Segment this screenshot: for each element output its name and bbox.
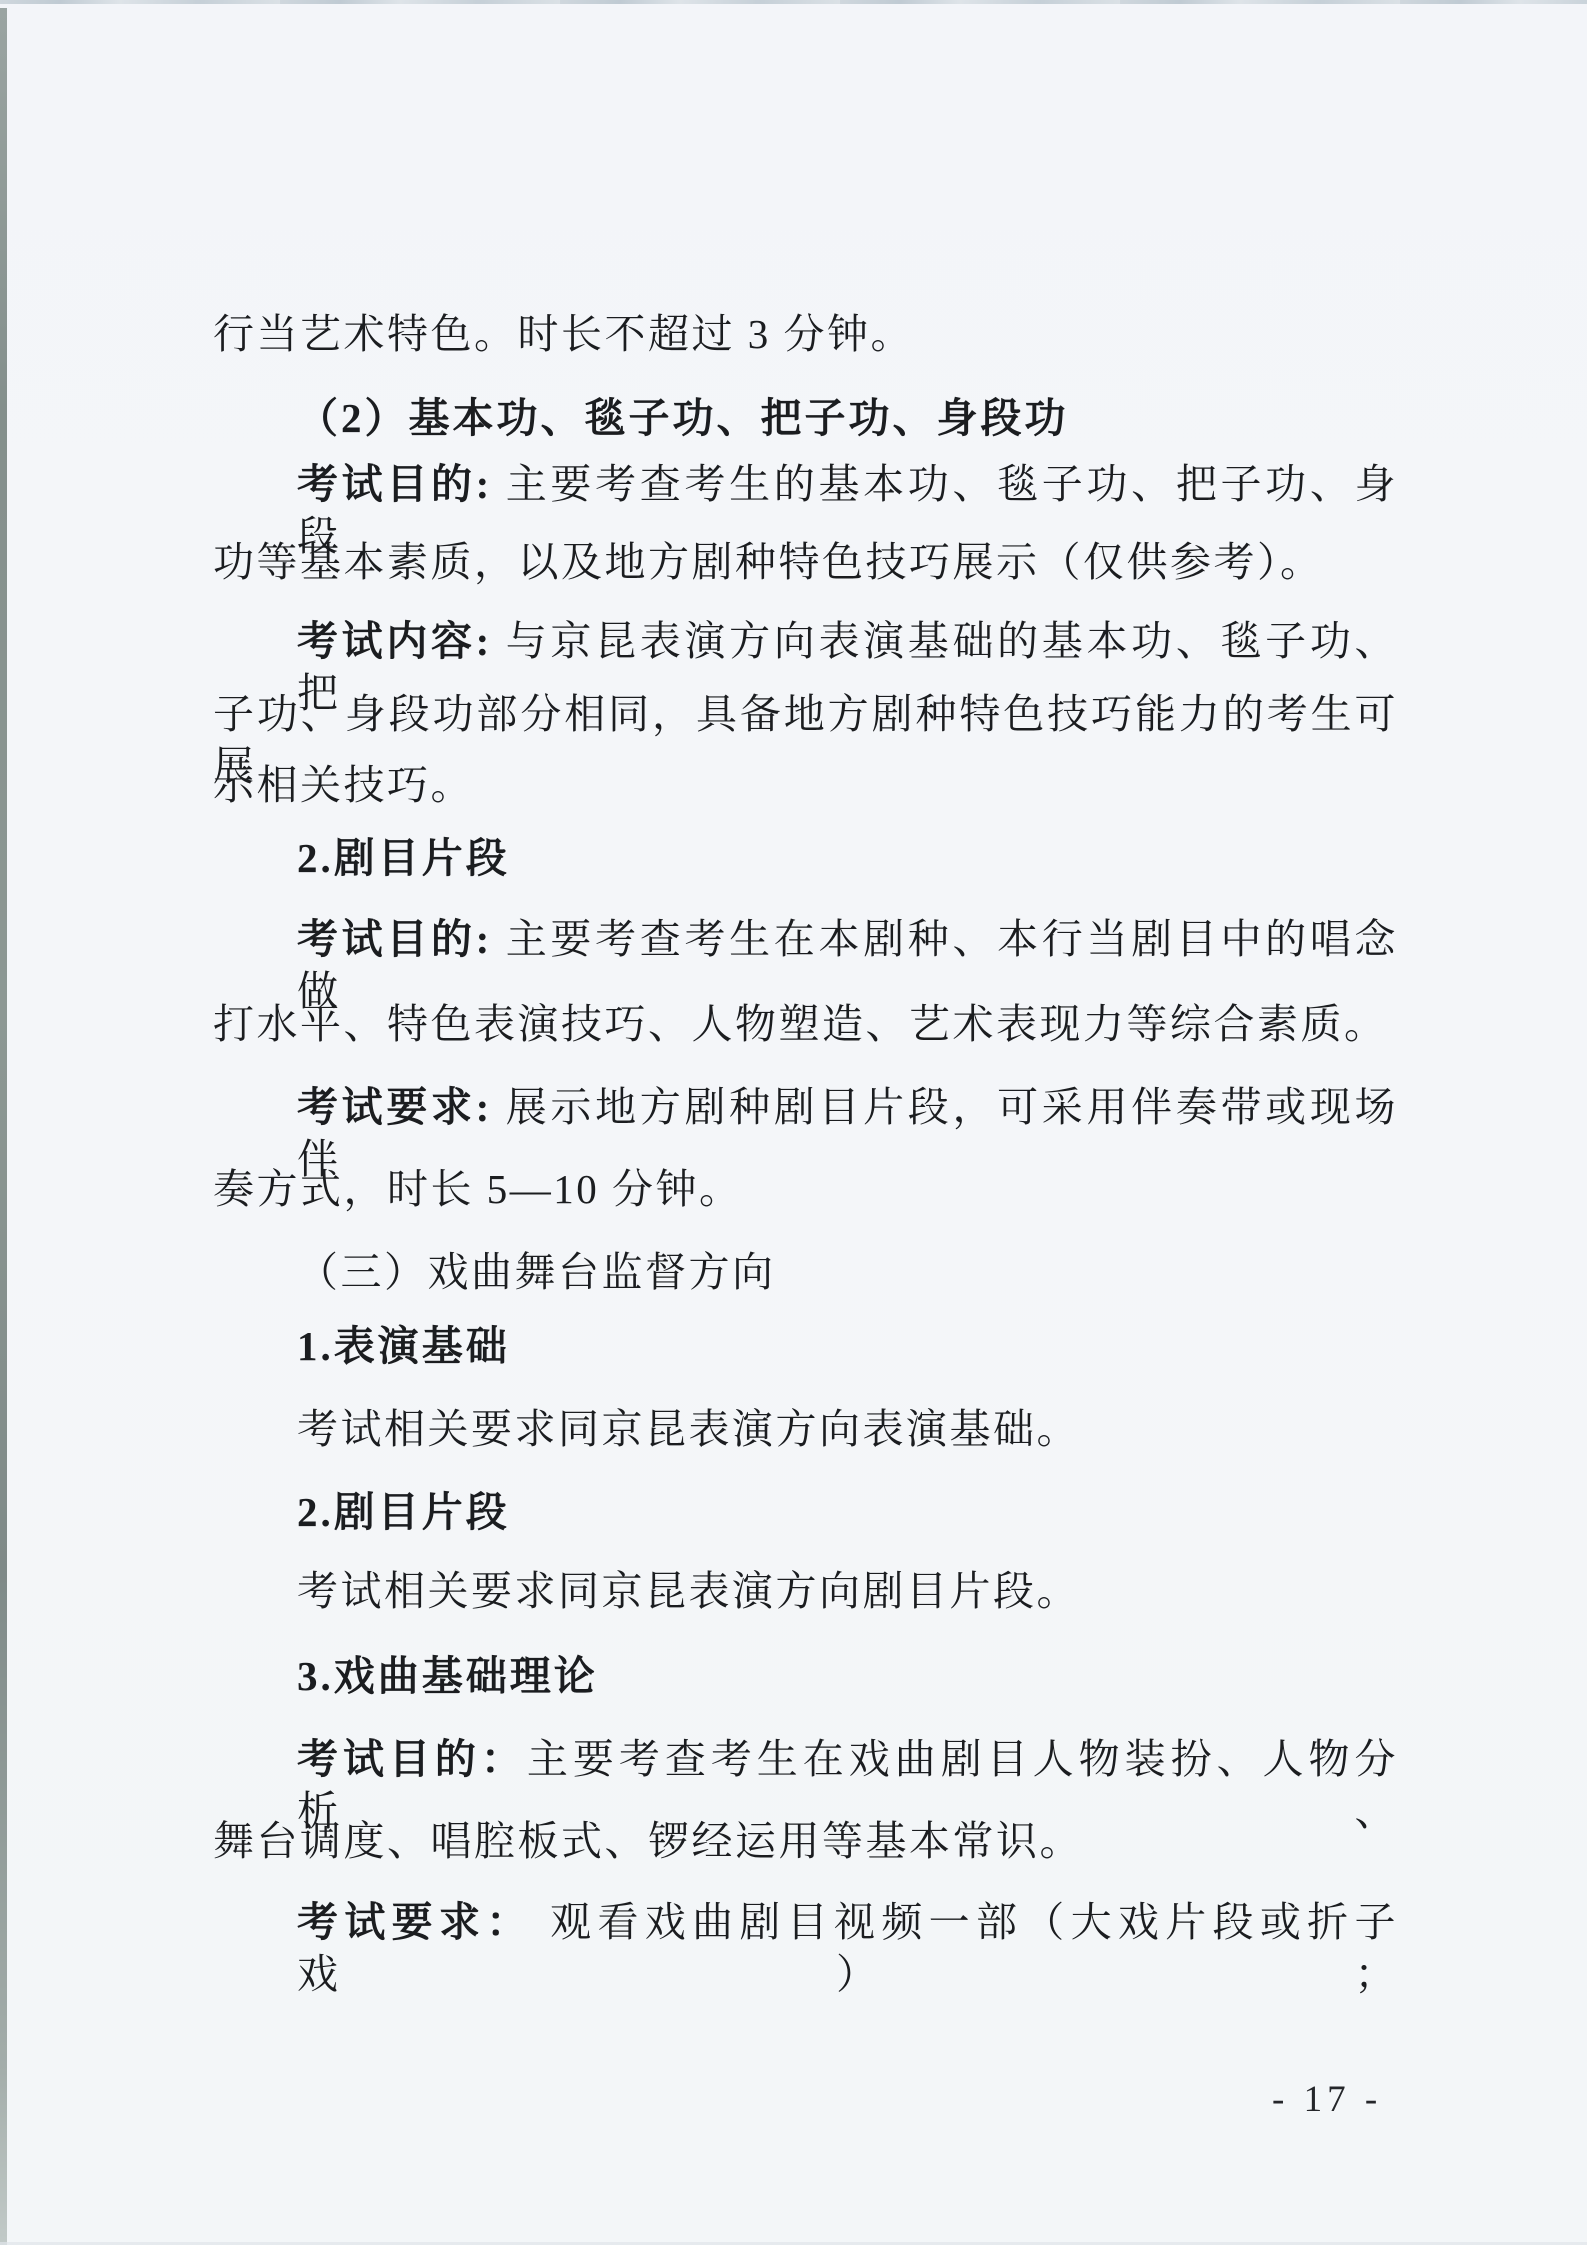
scan-left-edge: [0, 8, 7, 2245]
line-text: 1.表演基础: [297, 1323, 510, 1369]
line-text: 打水平、特色表演技巧、人物塑造、艺术表现力等综合素质。: [213, 1001, 1388, 1047]
heading-basic-skills: （2）基本功、毯子功、把子功、身段功: [213, 392, 1398, 444]
line-text: 3.戏曲基础理论: [297, 1653, 598, 1699]
body-line: 行当艺术特色。时长不超过 3 分钟。: [213, 308, 1398, 360]
body-line: 功等基本素质，以及地方剧种特色技巧展示（仅供参考）。: [213, 536, 1398, 588]
heading-performance-basics: 1.表演基础: [213, 1320, 1398, 1372]
line-text: 奏方式，时长 5—10 分钟。: [213, 1166, 743, 1212]
page-number: - 17 -: [1272, 2078, 1382, 2121]
body-line: 打水平、特色表演技巧、人物塑造、艺术表现力等综合素质。: [213, 998, 1398, 1050]
line-text: 2.剧目片段: [297, 1489, 510, 1535]
heading-repertoire-segment: 2.剧目片段: [213, 1486, 1398, 1538]
bold-lead: 考试内容:: [297, 618, 492, 664]
line-text: 考试相关要求同京昆表演方向表演基础。: [297, 1406, 1080, 1452]
bold-lead: 考试目的:: [297, 461, 492, 507]
line-text: 2.剧目片段: [297, 835, 510, 881]
bold-lead: 考试要求:: [297, 1084, 492, 1130]
line-text: 考试相关要求同京昆表演方向剧目片段。: [297, 1568, 1080, 1614]
heading-opera-basic-theory: 3.戏曲基础理论: [213, 1650, 1398, 1702]
body-line: 奏方式，时长 5—10 分钟。: [213, 1163, 1398, 1215]
scan-top-edge: [0, 0, 1587, 4]
body-line: 示相关技巧。: [213, 759, 1398, 811]
body-line: 考试相关要求同京昆表演方向表演基础。: [213, 1403, 1398, 1455]
paragraph-exam-requirement: 考试要求： 观看戏曲剧目视频一部（大戏片段或折子戏）；: [213, 1896, 1398, 2000]
heading-stage-supervision-direction: （三）戏曲舞台监督方向: [213, 1246, 1398, 1298]
bold-lead: 考试要求：: [297, 1899, 534, 1945]
document-page: 行当艺术特色。时长不超过 3 分钟。 （2）基本功、毯子功、把子功、身段功 考试…: [0, 0, 1587, 2245]
bold-lead: 考试目的：: [297, 1736, 527, 1782]
line-text: 功等基本素质，以及地方剧种特色技巧展示（仅供参考）。: [213, 539, 1324, 585]
line-text: 行当艺术特色。时长不超过 3 分钟。: [213, 311, 914, 357]
line-text: 舞台调度、唱腔板式、锣经运用等基本常识。: [213, 1818, 1083, 1864]
body-line: 舞台调度、唱腔板式、锣经运用等基本常识。: [213, 1815, 1398, 1867]
line-text: （2）基本功、毯子功、把子功、身段功: [297, 395, 1069, 441]
line-text: （三）戏曲舞台监督方向: [297, 1249, 776, 1295]
line-text: 示相关技巧。: [213, 762, 474, 808]
body-line: 考试相关要求同京昆表演方向剧目片段。: [213, 1565, 1398, 1617]
bold-lead: 考试目的:: [297, 916, 492, 962]
heading-repertoire-segment: 2.剧目片段: [213, 832, 1398, 884]
